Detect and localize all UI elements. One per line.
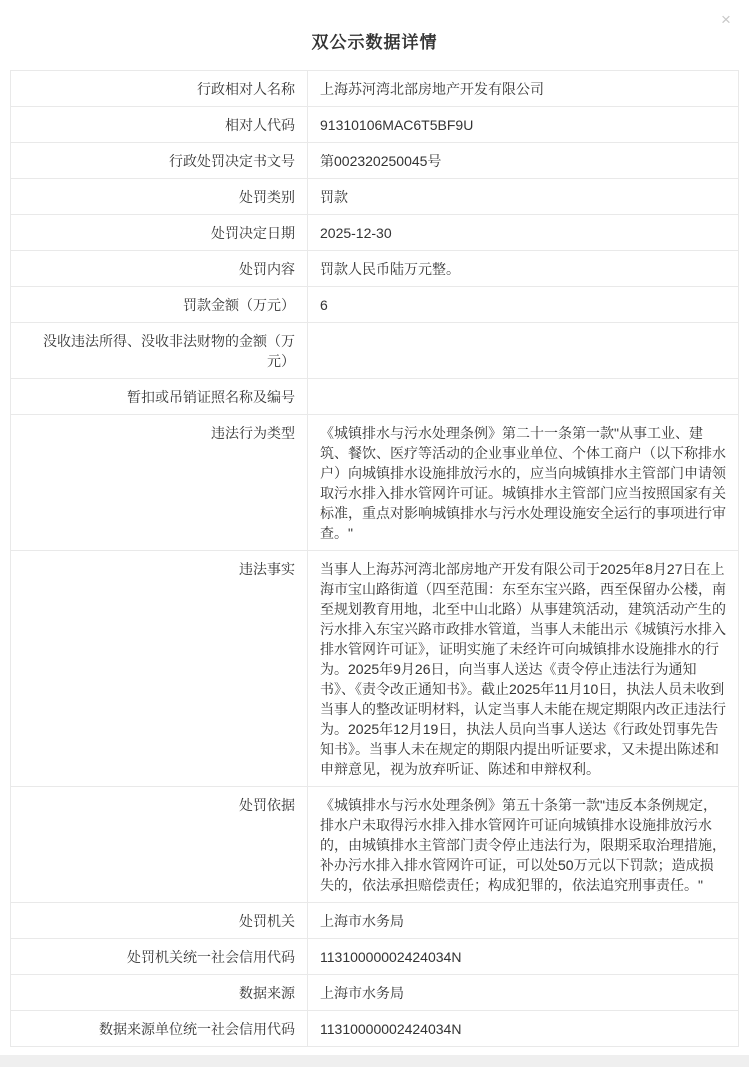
- row-value: 11310000002424034N: [307, 1011, 738, 1046]
- row-value: 上海苏河湾北部房地产开发有限公司: [307, 71, 738, 106]
- row-value: 2025-12-30: [307, 215, 738, 250]
- row-value: [307, 323, 738, 378]
- page-background-strip: [0, 1055, 749, 1067]
- row-label: 处罚依据: [11, 787, 307, 902]
- row-value: 当事人上海苏河湾北部房地产开发有限公司于2025年8月27日在上海市宝山路街道（…: [307, 551, 738, 786]
- table-row: 处罚机关统一社会信用代码11310000002424034N: [11, 938, 738, 974]
- table-row: 违法行为类型《城镇排水与污水处理条例》第二十一条第一款"从事工业、建筑、餐饮、医…: [11, 414, 738, 550]
- row-label: 处罚决定日期: [11, 215, 307, 250]
- double-publicity-detail-modal: × 双公示数据详情 行政相对人名称上海苏河湾北部房地产开发有限公司相对人代码91…: [0, 0, 749, 1055]
- table-row: 处罚决定日期2025-12-30: [11, 214, 738, 250]
- row-value: 罚款人民币陆万元整。: [307, 251, 738, 286]
- row-value: 《城镇排水与污水处理条例》第二十一条第一款"从事工业、建筑、餐饮、医疗等活动的企…: [307, 415, 738, 550]
- row-value: 91310106MAC6T5BF9U: [307, 107, 738, 142]
- table-row: 处罚内容罚款人民币陆万元整。: [11, 250, 738, 286]
- row-label: 没收违法所得、没收非法财物的金额（万元）: [11, 323, 307, 378]
- page-title: 双公示数据详情: [10, 0, 739, 53]
- row-label: 处罚类别: [11, 179, 307, 214]
- row-value: 第002320250045号: [307, 143, 738, 178]
- row-value: [307, 379, 738, 414]
- table-row: 处罚类别罚款: [11, 178, 738, 214]
- table-row: 数据来源单位统一社会信用代码11310000002424034N: [11, 1010, 738, 1046]
- row-value: 罚款: [307, 179, 738, 214]
- row-label: 暂扣或吊销证照名称及编号: [11, 379, 307, 414]
- row-label: 违法行为类型: [11, 415, 307, 550]
- row-label: 处罚机关统一社会信用代码: [11, 939, 307, 974]
- row-value: 上海市水务局: [307, 903, 738, 938]
- table-row: 处罚依据《城镇排水与污水处理条例》第五十条第一款"违反本条例规定，排水户未取得污…: [11, 786, 738, 902]
- row-label: 违法事实: [11, 551, 307, 786]
- table-row: 暂扣或吊销证照名称及编号: [11, 378, 738, 414]
- close-button[interactable]: ×: [716, 10, 736, 30]
- table-row: 相对人代码91310106MAC6T5BF9U: [11, 106, 738, 142]
- row-label: 数据来源: [11, 975, 307, 1010]
- row-label: 数据来源单位统一社会信用代码: [11, 1011, 307, 1046]
- row-label: 处罚内容: [11, 251, 307, 286]
- table-row: 数据来源上海市水务局: [11, 974, 738, 1010]
- table-row: 行政相对人名称上海苏河湾北部房地产开发有限公司: [11, 71, 738, 106]
- table-row: 没收违法所得、没收非法财物的金额（万元）: [11, 322, 738, 378]
- table-row: 处罚机关上海市水务局: [11, 902, 738, 938]
- row-label: 相对人代码: [11, 107, 307, 142]
- detail-table: 行政相对人名称上海苏河湾北部房地产开发有限公司相对人代码91310106MAC6…: [10, 70, 739, 1047]
- row-label: 行政相对人名称: [11, 71, 307, 106]
- close-icon: ×: [721, 10, 731, 29]
- row-label: 罚款金额（万元）: [11, 287, 307, 322]
- row-value: 6: [307, 287, 738, 322]
- row-value: 《城镇排水与污水处理条例》第五十条第一款"违反本条例规定，排水户未取得污水排入排…: [307, 787, 738, 902]
- table-row: 违法事实当事人上海苏河湾北部房地产开发有限公司于2025年8月27日在上海市宝山…: [11, 550, 738, 786]
- row-label: 行政处罚决定书文号: [11, 143, 307, 178]
- table-row: 行政处罚决定书文号第002320250045号: [11, 142, 738, 178]
- table-row: 罚款金额（万元）6: [11, 286, 738, 322]
- row-label: 处罚机关: [11, 903, 307, 938]
- row-value: 上海市水务局: [307, 975, 738, 1010]
- row-value: 11310000002424034N: [307, 939, 738, 974]
